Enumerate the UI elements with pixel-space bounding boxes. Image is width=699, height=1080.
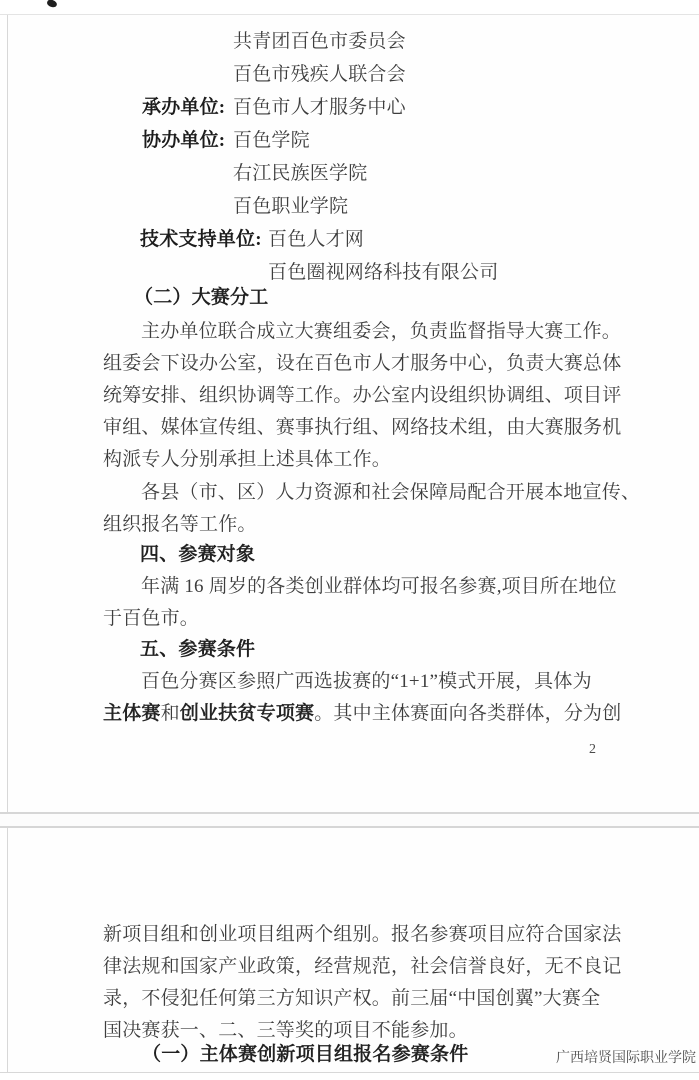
co-organizer-value: 右江民族医学院 (233, 157, 367, 190)
page-number: 2 (589, 741, 596, 759)
page-2-left-border (7, 15, 8, 812)
document-viewer: 共青团百色市委员会 百色市残疾人联合会 承办单位: 百色市人才服务中心 协办单位… (0, 0, 699, 1080)
co-organizer-value: 百色学院 (233, 124, 310, 157)
bold-term: 创业扶贫专项赛 (180, 703, 314, 724)
page-3-left-border (7, 828, 8, 1072)
tech-support-value: 百色圈视网络科技有限公司 (268, 256, 498, 289)
body-line: 年满 16 周岁的各类创业群体均可报名参赛,项目所在地位 (103, 570, 661, 603)
co-organizer-value: 百色职业学院 (233, 190, 348, 223)
body-line: 于百色市。 (103, 602, 623, 635)
section-heading-conditions: 五、参赛条件 (140, 633, 255, 666)
tech-support-label: 技术支持单位: (140, 223, 262, 256)
body-line: 各县（市、区）人力资源和社会保障局配合开展本地宣传、 (103, 476, 661, 509)
body-line: 律法规和国家产业政策，经营规范，社会信誉良好，无不良记 (103, 950, 623, 983)
body-line: 组委会下设办公室，设在百色市人才服务中心，负责大赛总体 (103, 347, 623, 380)
body-line: 审组、媒体宣传组、赛事执行组、网络技术组，由大赛服务机 (103, 411, 623, 444)
bold-term: 主体赛 (103, 703, 161, 724)
body-line: 百色分赛区参照广西选拔赛的“1+1”模式开展，具体为 (103, 665, 661, 698)
section-heading-participants: 四、参赛对象 (140, 538, 255, 571)
host-org-line: 共青团百色市委员会 (233, 25, 406, 58)
co-organizer-label: 协办单位: (142, 124, 225, 157)
body-line: 构派专人分别承担上述具体工作。 (103, 443, 623, 476)
host-org-line: 百色市残疾人联合会 (233, 58, 406, 91)
organizer-value: 百色市人才服务中心 (233, 91, 406, 124)
tech-support-value: 百色人才网 (268, 223, 364, 256)
body-line: 组织报名等工作。 (103, 508, 623, 541)
page-bottom-edge-line (0, 1072, 699, 1073)
body-line: 主办单位联合成立大赛组委会，负责监督指导大赛工作。 (103, 315, 661, 348)
section-heading-innovation-group: （一）主体赛创新项目组报名参赛条件 (142, 1038, 468, 1071)
scan-ink-artifact (46, 0, 58, 8)
organizer-label: 承办单位: (142, 91, 225, 124)
body-line: 新项目组和创业项目组两个组别。报名参赛项目应符合国家法 (103, 918, 623, 951)
plain-run: 。其中主体赛面向各类群体，分为创 (314, 703, 621, 724)
plain-run: 和 (161, 703, 180, 724)
page-break-gap (0, 812, 699, 828)
body-line-mixed-bold: 主体赛和创业扶贫专项赛。其中主体赛面向各类群体，分为创 (103, 697, 623, 730)
page-top-edge-line (0, 14, 699, 15)
body-line: 统筹安排、组织协调等工作。办公室内设组织协调组、项目评 (103, 379, 623, 412)
college-watermark: 广西培贤国际职业学院 (556, 1046, 696, 1068)
body-line: 录，不侵犯任何第三方知识产权。前三届“中国创翼”大赛全 (103, 982, 623, 1015)
section-heading-division: （二）大赛分工 (134, 281, 268, 314)
